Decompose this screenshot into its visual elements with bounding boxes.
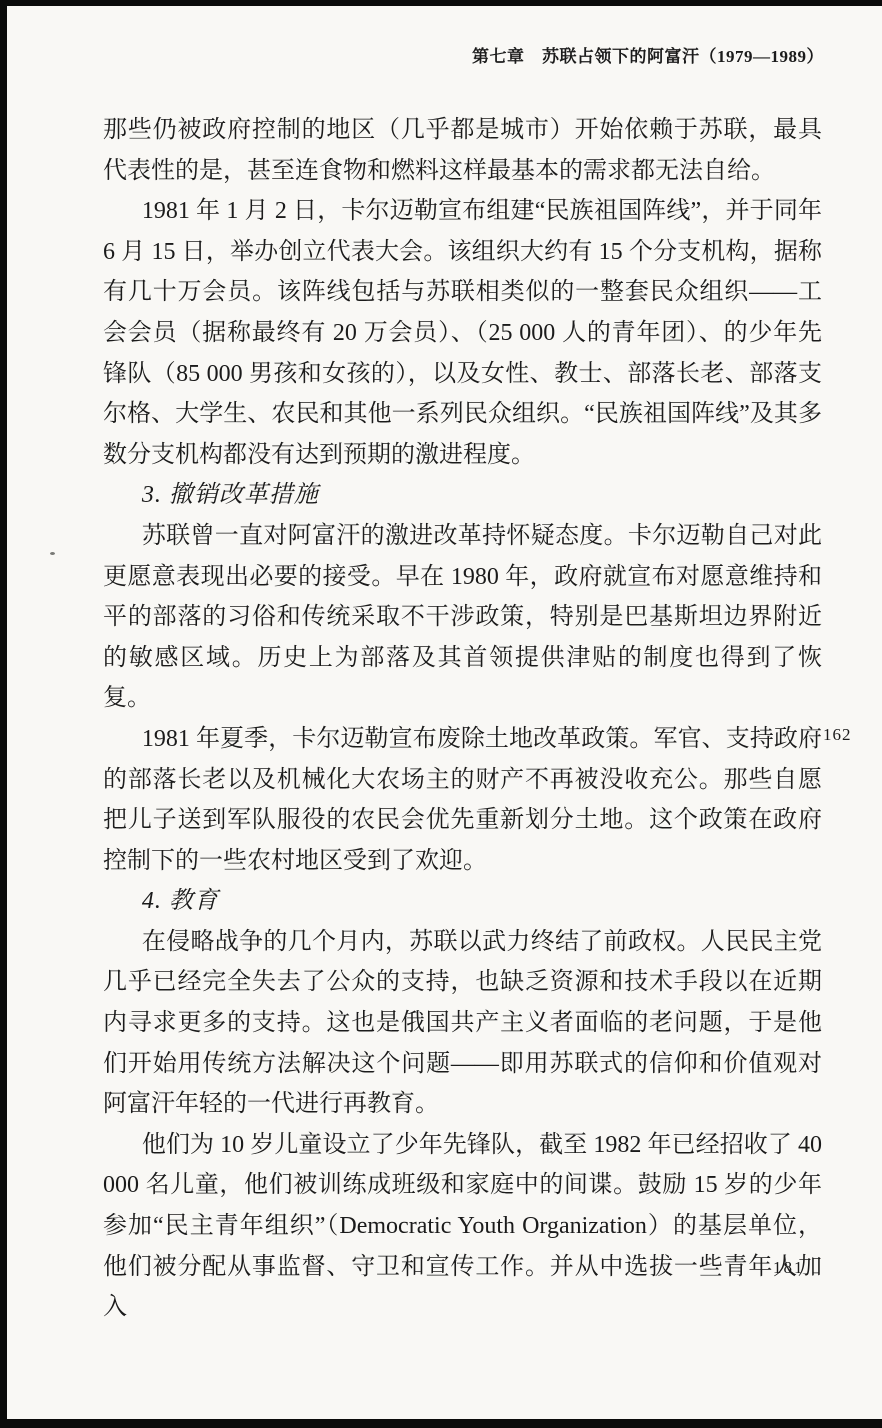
paragraph: 在侵略战争的几个月内，苏联以武力终结了前政权。人民民主党几乎已经完全失去了公众的… — [103, 922, 822, 1125]
paragraph: 他们为 10 岁儿童设立了少年先锋队，截至 1982 年已经招收了 40 000… — [103, 1125, 822, 1328]
scan-edge-left — [0, 0, 7, 1428]
paragraph: 苏联曾一直对阿富汗的激进改革持怀疑态度。卡尔迈勒自己对此更愿意表现出必要的接受。… — [103, 516, 822, 719]
section-heading: 3. 撤销改革措施 — [103, 475, 822, 516]
page-body: 那些仍被政府控制的地区（几乎都是城市）开始依赖于苏联，最具代表性的是，甚至连食物… — [103, 110, 822, 1328]
scan-edge-bottom — [0, 1419, 882, 1428]
scan-speck — [50, 552, 55, 555]
paragraph: 1981 年 1 月 2 日，卡尔迈勒宣布组建“民族祖国阵线”，并于同年 6 月… — [103, 191, 822, 475]
running-header: 第七章 苏联占领下的阿富汗（1979—1989） — [472, 42, 824, 67]
paragraph: 那些仍被政府控制的地区（几乎都是城市）开始依赖于苏联，最具代表性的是，甚至连食物… — [103, 110, 822, 191]
scan-edge-top — [0, 0, 882, 6]
section-heading: 4. 教育 — [103, 881, 822, 922]
page-number: 181 — [773, 1258, 805, 1278]
scanned-book-page: { "doc": { "running_header": "第七章 苏联占领下的… — [0, 0, 882, 1428]
margin-page-number: 162 — [823, 725, 852, 745]
paragraph: 1981 年夏季，卡尔迈勒宣布废除土地改革政策。军官、支持政府的部落长老以及机械… — [103, 719, 822, 881]
